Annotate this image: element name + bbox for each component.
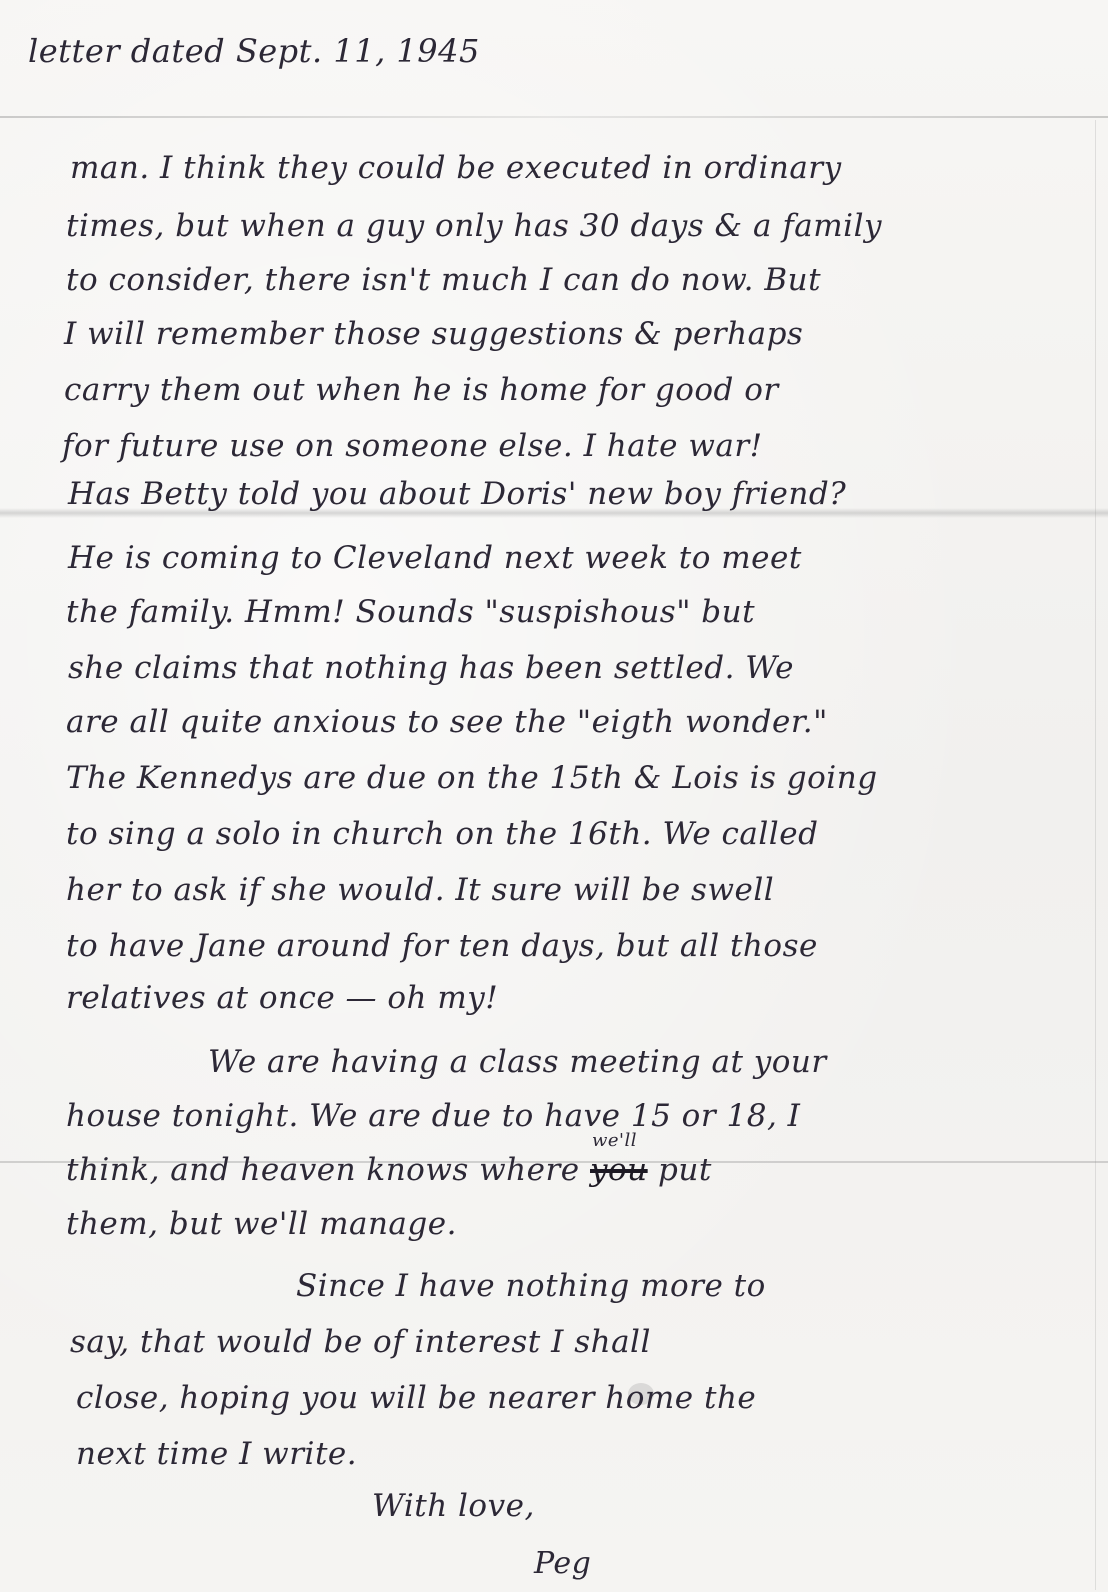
- letter-line: I will remember those suggestions & perh…: [64, 316, 803, 352]
- header-note: letter dated Sept. 11, 1945: [28, 32, 480, 70]
- letter-line: say, that would be of interest I shall: [70, 1324, 651, 1360]
- letter-line: to sing a solo in church on the 16th. We…: [66, 816, 818, 852]
- correction: you we'll: [590, 1152, 648, 1188]
- letter-line: to have Jane around for ten days, but al…: [66, 928, 818, 964]
- closing: With love,: [372, 1488, 535, 1524]
- letter-line: she claims that nothing has been settled…: [68, 650, 794, 686]
- letter-line: We are having a class meeting at your: [208, 1044, 827, 1080]
- letter-line: man. I think they could be executed in o…: [70, 150, 842, 186]
- letter-line: carry them out when he is home for good …: [64, 372, 779, 408]
- letter-line: times, but when a guy only has 30 days &…: [66, 208, 882, 244]
- letter-line: The Kennedys are due on the 15th & Lois …: [66, 760, 878, 796]
- letter-line: house tonight. We are due to have 15 or …: [66, 1098, 800, 1134]
- letter-line: close, hoping you will be nearer home th…: [76, 1380, 756, 1416]
- letter-line-with-correction: think, and heaven knows where you we'll …: [66, 1152, 712, 1188]
- letter-page: letter dated Sept. 11, 1945 man. I think…: [0, 0, 1108, 1592]
- struck-word: you: [590, 1152, 648, 1188]
- letter-line: them, but we'll manage.: [66, 1206, 457, 1242]
- letter-line: to consider, there isn't much I can do n…: [66, 262, 821, 298]
- letter-line: are all quite anxious to see the "eigth …: [66, 704, 828, 740]
- letter-line: the family. Hmm! Sounds "suspishous" but: [66, 594, 755, 630]
- letter-line: He is coming to Cleveland next week to m…: [68, 540, 802, 576]
- paper-edge: [1095, 120, 1096, 1590]
- letter-line: next time I write.: [76, 1436, 357, 1472]
- letter-line: Since I have nothing more to: [296, 1268, 766, 1304]
- letter-line-text: put: [658, 1152, 712, 1188]
- letter-line-text: think, and heaven knows where: [66, 1152, 580, 1188]
- letter-line: Has Betty told you about Doris' new boy …: [68, 476, 846, 512]
- paper-fold-line: [0, 116, 1108, 118]
- inserted-word: we'll: [592, 1130, 637, 1151]
- letter-line: for future use on someone else. I hate w…: [62, 428, 763, 464]
- letter-line: relatives at once — oh my!: [66, 980, 498, 1016]
- letter-line: her to ask if she would. It sure will be…: [66, 872, 774, 908]
- signature: Peg: [534, 1546, 591, 1581]
